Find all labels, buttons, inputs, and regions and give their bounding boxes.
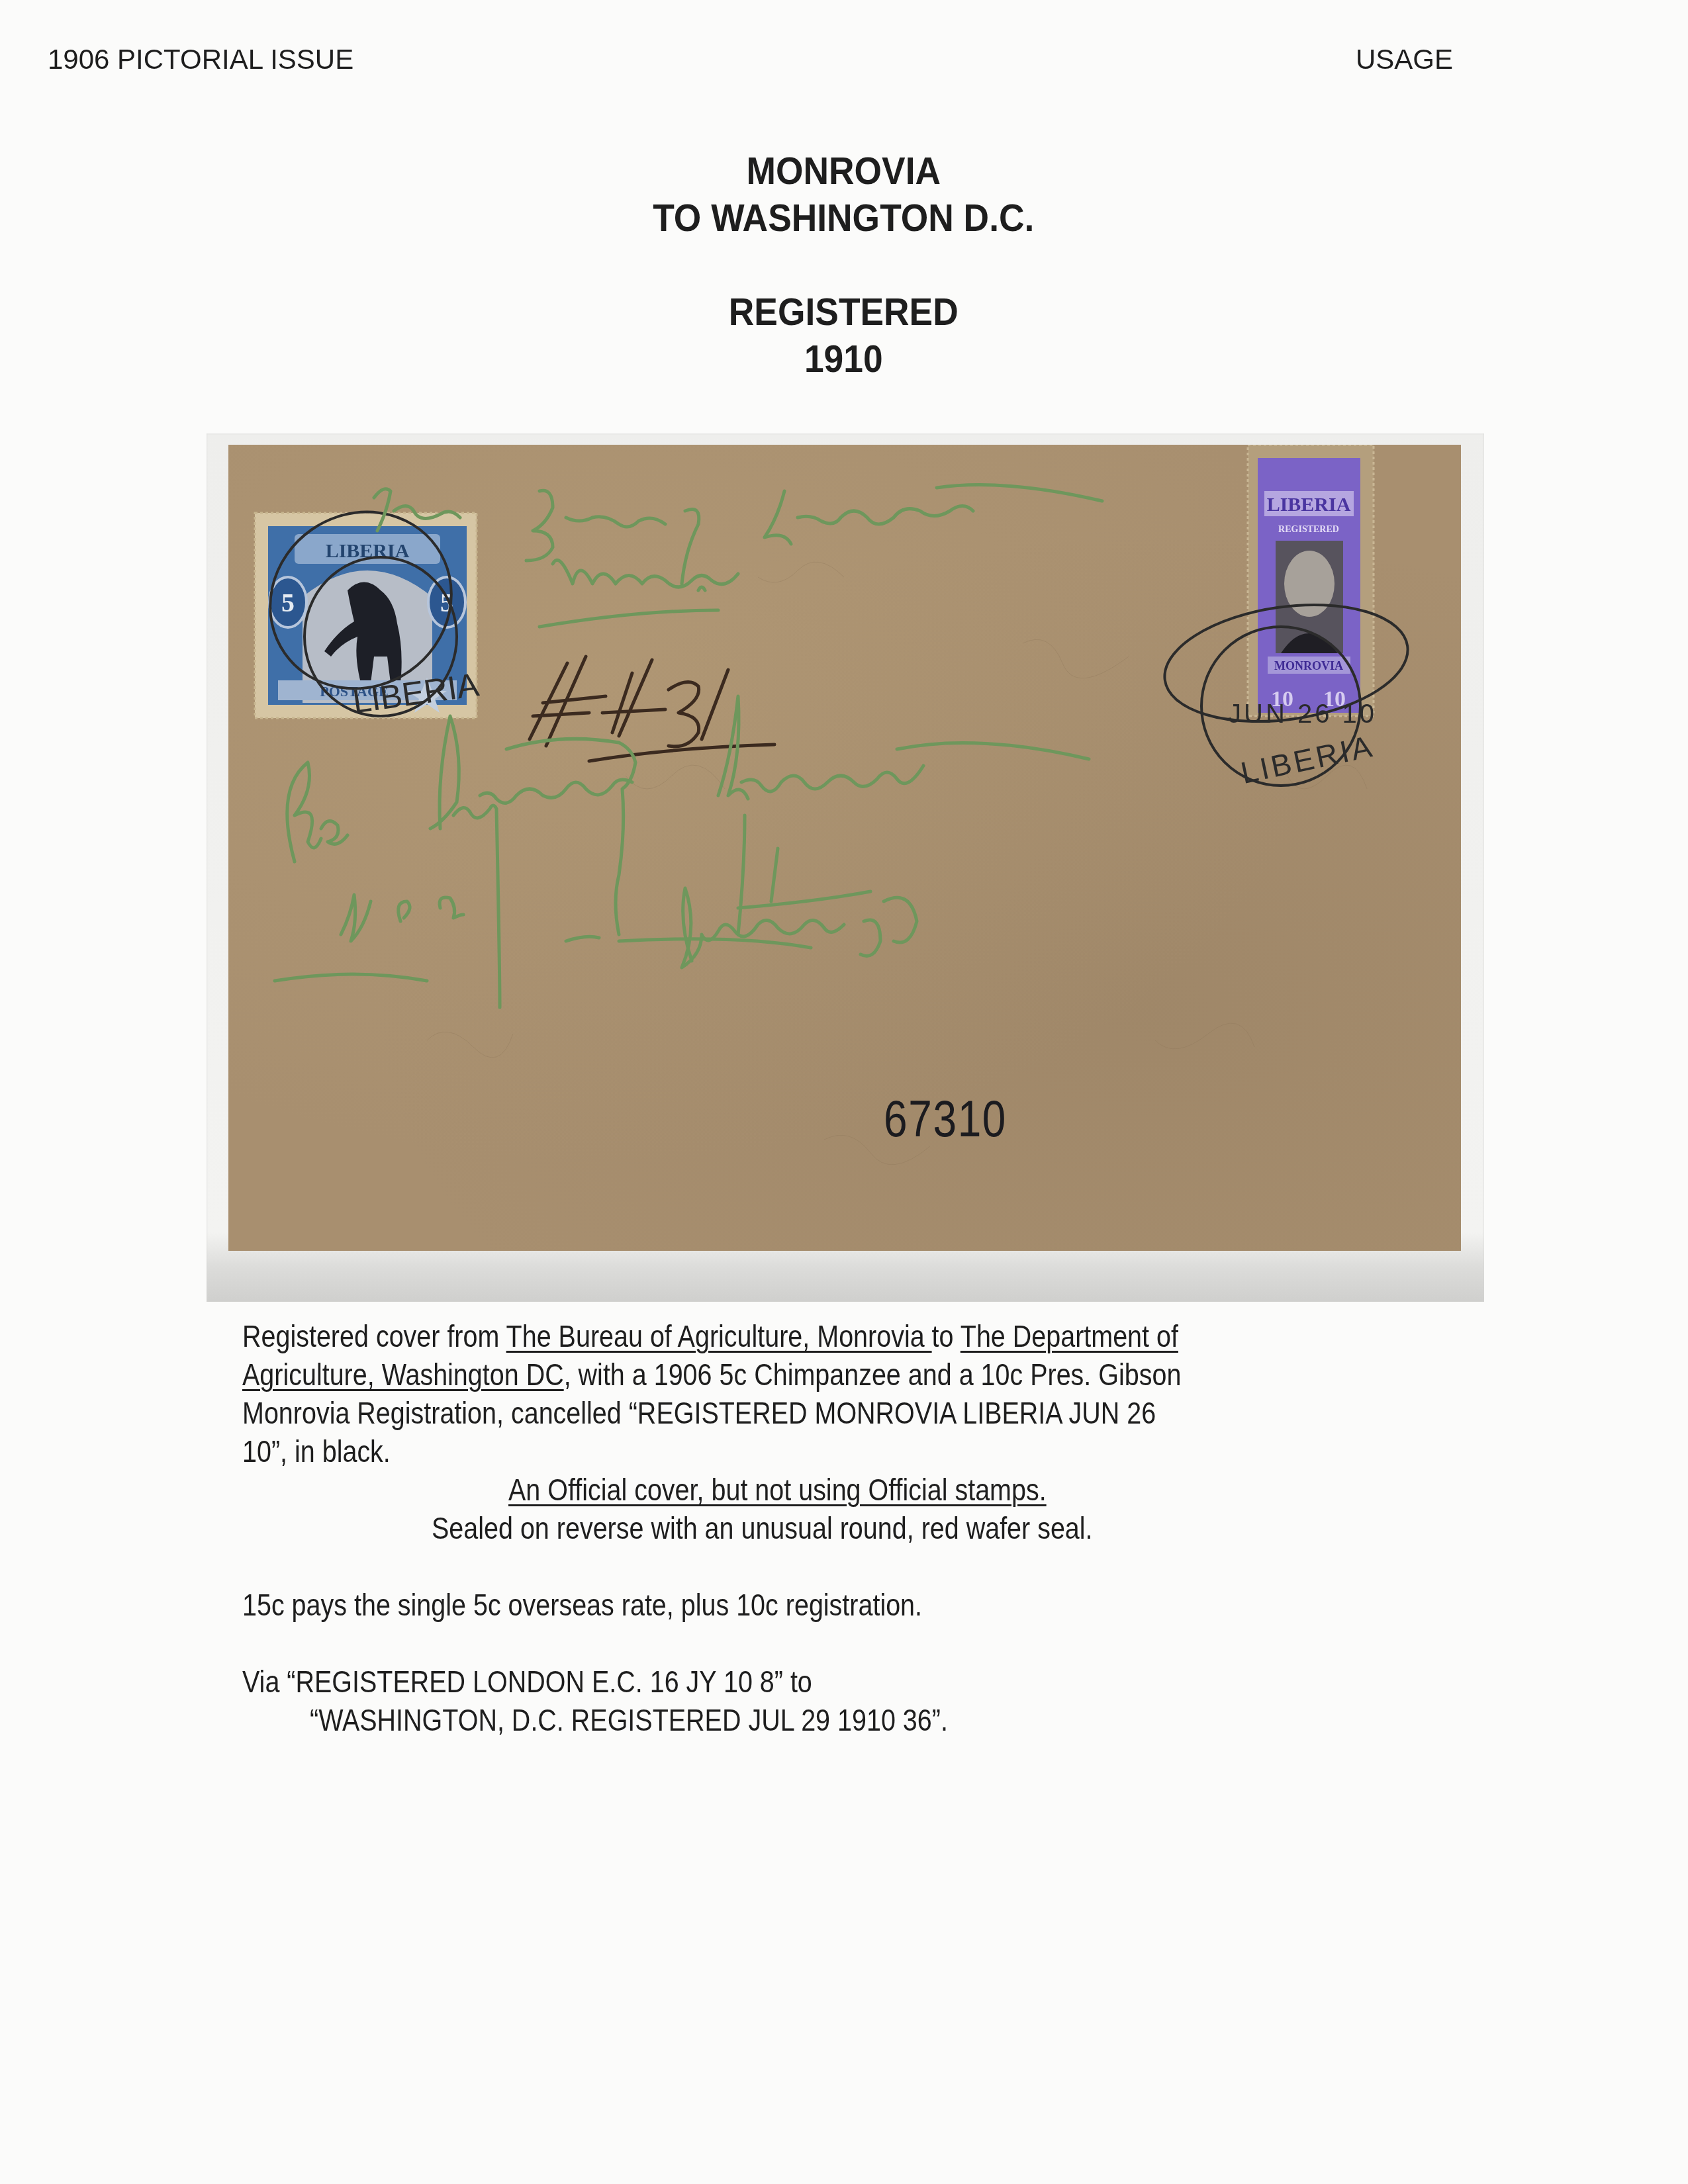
title-line-origin: MONROVIA (67, 148, 1620, 195)
page-header-left: 1906 PICTORIAL ISSUE (48, 44, 353, 75)
manuscript-sender (374, 485, 1102, 627)
subtitle-service: REGISTERED (67, 289, 1620, 336)
page-header-right: USAGE (1356, 44, 1453, 75)
description-paragraph: Registered cover from The Bureau of Agri… (242, 1317, 1181, 1471)
cancel-date-text: JUN 26 10 (1228, 700, 1377, 729)
underlined-phrase: The Department of (961, 1318, 1178, 1353)
rate-note: 15c pays the single 5c overseas rate, pl… (242, 1586, 922, 1624)
page-title: MONROVIA TO WASHINGTON D.C. (67, 148, 1620, 242)
svg-text:REGISTERED: REGISTERED (1278, 525, 1339, 535)
text-run: , with a 1906 5c Chimpanzee and a 10c Pr… (564, 1357, 1182, 1392)
official-cover-note: An Official cover, but not using Officia… (508, 1471, 1047, 1509)
svg-text:LIBERIA: LIBERIA (1267, 494, 1351, 516)
transit-route-line-1: Via “REGISTERED LONDON E.C. 16 JY 10 8” … (242, 1662, 812, 1701)
underlined-phrase: Agriculture, Washington DC (242, 1357, 564, 1392)
transit-route-line-2: “WASHINGTON, D.C. REGISTERED JUL 29 1910… (310, 1701, 948, 1739)
title-line-destination: TO WASHINGTON D.C. (67, 195, 1620, 242)
cover-artwork: LIBERIA 5 5 POSTAGE LIBERIA (228, 445, 1461, 1251)
registration-number-label: 67310 (884, 1089, 1007, 1149)
svg-text:MONROVIA: MONROVIA (1274, 659, 1343, 672)
manuscript-address (275, 696, 1089, 1007)
postal-cover: LIBERIA 5 5 POSTAGE LIBERIA (228, 445, 1461, 1251)
text-run: Monrovia Registration, cancelled “REGIST… (242, 1395, 1156, 1430)
sealed-note: Sealed on reverse with an unusual round,… (432, 1509, 1093, 1547)
text-run: to (932, 1318, 961, 1353)
text-run: Registered cover from (242, 1318, 506, 1353)
page-subtitle: REGISTERED 1910 (67, 289, 1620, 383)
underlined-phrase: The Bureau of Agriculture, Monrovia (506, 1318, 932, 1353)
svg-text:5: 5 (281, 588, 295, 617)
text-run: 10”, in black. (242, 1433, 391, 1469)
subtitle-year: 1910 (67, 336, 1620, 383)
